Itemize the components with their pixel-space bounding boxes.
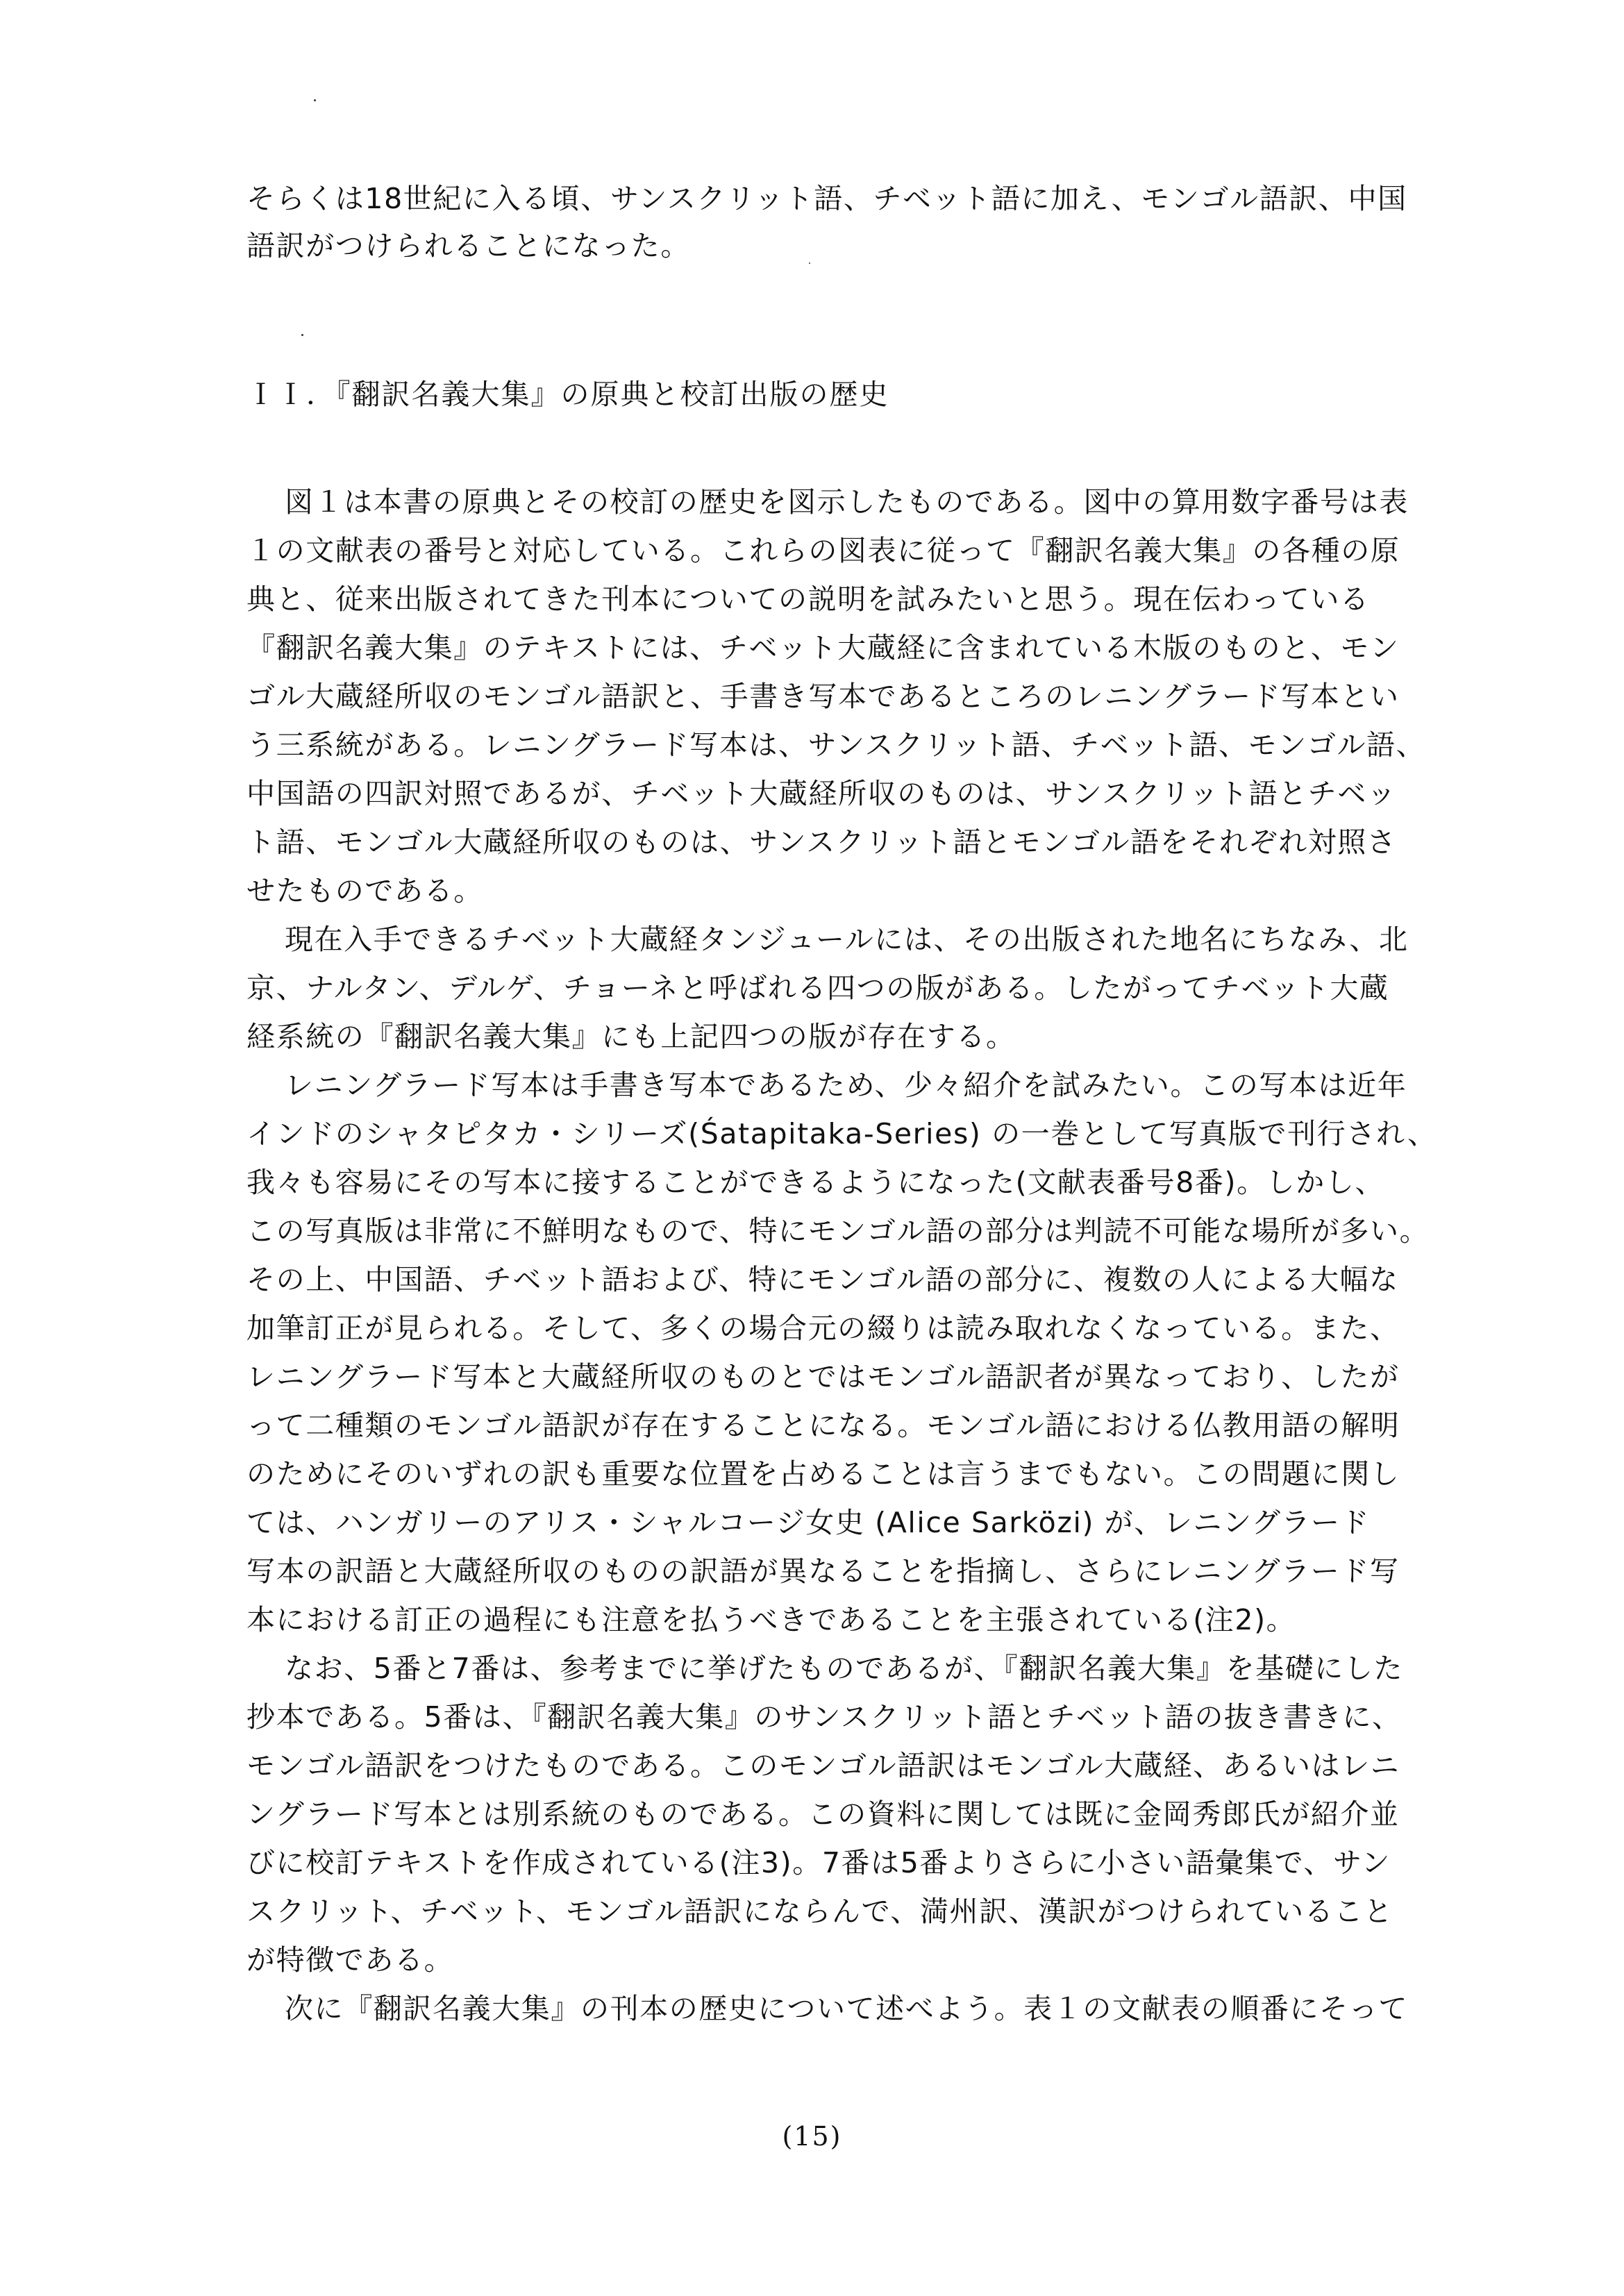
body-line: １の文献表の番号と対応している。これらの図表に従って『翻訳名義大集』の各種の原 <box>246 531 1444 570</box>
body-line: 次に『翻訳名義大集』の刊本の歴史について述べよう。表１の文献表の順番にそって <box>285 1989 1482 2028</box>
body-line: ト語、モンゴル大蔵経所収のものは、サンスクリット語とモンゴル語をそれぞれ対照さ <box>246 823 1444 862</box>
intro-line: そらくは18世紀に入る頃、サンスクリット語、チベット語に加え、モンゴル語訳、中国 <box>246 179 1444 218</box>
page-number: (15) <box>0 2121 1624 2152</box>
scan-speck <box>314 99 316 101</box>
body-line: 加筆訂正が見られる。そして、多くの場合元の綴りは読み取れなくなっている。また、 <box>246 1309 1444 1348</box>
body-line: 中国語の四訳対照であるが、チベット大蔵経所収のものは、サンスクリット語とチベッ <box>246 774 1444 813</box>
body-line: 経系統の『翻訳名義大集』にも上記四つの版が存在する。 <box>246 1017 1444 1056</box>
body-line: せたものである。 <box>246 871 1444 910</box>
body-line: う三系統がある。レニングラード写本は、サンスクリット語、チベット語、モンゴル語、 <box>246 726 1444 764</box>
body-line: ングラード写本とは別系統のものである。この資料に関しては既に金岡秀郎氏が紹介並 <box>246 1795 1444 1834</box>
body-line: その上、中国語、チベット語および、特にモンゴル語の部分に、複数の人による大幅な <box>246 1260 1444 1299</box>
body-line: なお、5番と7番は、参考までに挙げたものであるが、『翻訳名義大集』を基礎にした <box>285 1649 1482 1688</box>
body-line: って二種類のモンゴル語訳が存在することになる。モンゴル語における仏教用語の解明 <box>246 1406 1444 1445</box>
body-line: 図１は本書の原典とその校訂の歴史を図示したものである。図中の算用数字番号は表 <box>285 483 1482 521</box>
body-line: 典と、従来出版されてきた刊本についての説明を試みたいと思う。現在伝わっている <box>246 580 1444 619</box>
body-line: が特徴である。 <box>246 1941 1444 1979</box>
body-line: ゴル大蔵経所収のモンゴル語訳と、手書き写本であるところのレニングラード写本とい <box>246 677 1444 716</box>
body-line: スクリット、チベット、モンゴル語訳にならんで、満州訳、漢訳がつけられていること <box>246 1892 1444 1931</box>
body-line: レニングラード写本は手書き写本であるため、少々紹介を試みたい。この写本は近年 <box>285 1066 1482 1105</box>
body-line: びに校訂テキストを作成されている(注3)。7番は5番よりさらに小さい語彙集で、サ… <box>246 1843 1444 1882</box>
body-line: 我々も容易にその写本に接することができるようになった(文献表番号8番)。しかし、 <box>246 1163 1444 1202</box>
body-line: レニングラード写本と大蔵経所収のものとではモンゴル語訳者が異なっており、したが <box>246 1357 1444 1396</box>
body-line: 京、ナルタン、デルゲ、チョーネと呼ばれる四つの版がある。したがってチベット大蔵 <box>246 969 1444 1007</box>
section-heading: ＩＩ．『翻訳名義大集』の原典と校訂出版の歴史 <box>246 375 889 414</box>
scan-speck <box>301 334 303 336</box>
document-page: そらくは18世紀に入る頃、サンスクリット語、チベット語に加え、モンゴル語訳、中国… <box>0 0 1624 2296</box>
body-line: 抄本である。5番は、『翻訳名義大集』のサンスクリット語とチベット語の抜き書きに、 <box>246 1698 1444 1736</box>
body-line: モンゴル語訳をつけたものである。このモンゴル語訳はモンゴル大蔵経、あるいはレニ <box>246 1746 1444 1785</box>
body-line: 『翻訳名義大集』のテキストには、チベット大蔵経に含まれている木版のものと、モン <box>246 628 1444 667</box>
body-line: 現在入手できるチベット大蔵経タンジュールには、その出版された地名にちなみ、北 <box>285 920 1482 959</box>
body-line: 写本の訳語と大蔵経所収のものの訳語が異なることを指摘し、さらにレニングラード写 <box>246 1552 1444 1591</box>
body-line: 本における訂正の過程にも注意を払うべきであることを主張されている(注2)。 <box>246 1600 1444 1639</box>
body-line: この写真版は非常に不鮮明なもので、特にモンゴル語の部分は判読不可能な場所が多い。 <box>246 1212 1444 1250</box>
scan-speck <box>809 262 810 264</box>
body-line: のためにそのいずれの訳も重要な位置を占めることは言うまでもない。この問題に関し <box>246 1455 1444 1493</box>
body-line: ては、ハンガリーのアリス・シャルコージ女史 (Alice Sarközi) が、… <box>246 1503 1444 1542</box>
intro-line: 語訳がつけられることになった。 <box>246 226 1444 265</box>
body-line: インドのシャタピタカ・シリーズ(Śatapitaka-Series) の一巻とし… <box>246 1114 1444 1153</box>
